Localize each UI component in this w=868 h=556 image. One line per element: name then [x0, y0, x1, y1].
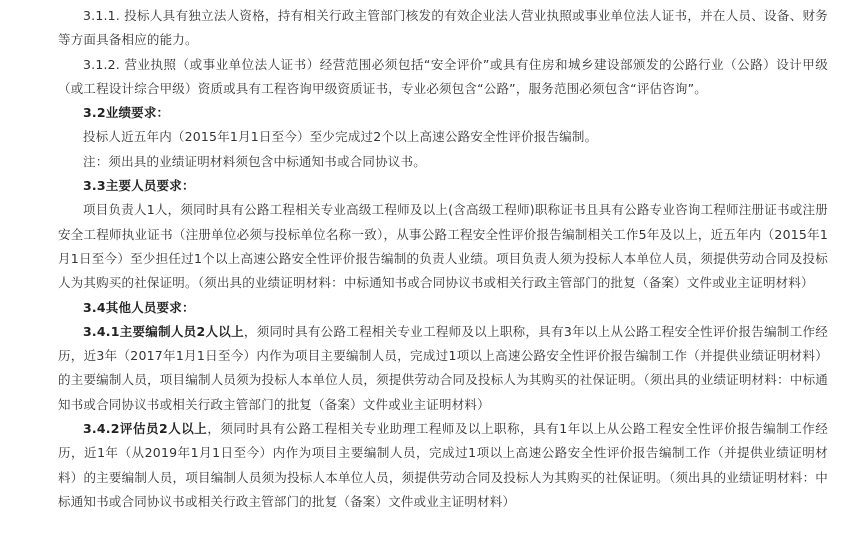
performance-note: 注：须出具的业绩证明材料须包含中标通知书或合同协议书。	[58, 150, 828, 174]
heading-3-2: 3.2业绩要求：	[58, 101, 828, 125]
paragraph-3-1-2: 3.1.2. 营业执照（或事业单位法人证书）经营范围必须包括“安全评价”或具有住…	[58, 53, 828, 102]
clause-text: 投标人具有独立法人资格，持有相关行政主管部门核发的有效企业法人营业执照或事业单位…	[58, 8, 828, 47]
paragraph-3-4-2: 3.4.2评估员2人以上，须同时具有公路工程相关专业助理工程师及以上职称，具有1…	[58, 417, 828, 514]
clause-text: 营业执照（或事业单位法人证书）经营范围必须包括“安全评价”或具有住房和城乡建设部…	[58, 57, 828, 96]
document-body: 3.1.1. 投标人具有独立法人资格，持有相关行政主管部门核发的有效企业法人营业…	[58, 4, 828, 514]
performance-requirement: 投标人近五年内（2015年1月1日至今）至少完成过2个以上高速公路安全性评价报告…	[58, 125, 828, 149]
heading-3-4: 3.4其他人员要求：	[58, 296, 828, 320]
paragraph-3-1-1: 3.1.1. 投标人具有独立法人资格，持有相关行政主管部门核发的有效企业法人营业…	[58, 4, 828, 53]
paragraph-3-4-1: 3.4.1主要编制人员2人以上，须同时具有公路工程相关专业工程师及以上职称，具有…	[58, 320, 828, 417]
clause-lead: 3.4.1主要编制人员2人以上	[83, 324, 244, 339]
key-personnel-requirement: 项目负责人1人，须同时具有公路工程相关专业高级工程师及以上(含高级工程师)职称证…	[58, 198, 828, 295]
clause-number: 3.1.1.	[83, 8, 120, 23]
clause-lead: 3.4.2评估员2人以上	[83, 421, 207, 436]
heading-3-3: 3.3主要人员要求：	[58, 174, 828, 198]
clause-number: 3.1.2.	[83, 57, 120, 72]
